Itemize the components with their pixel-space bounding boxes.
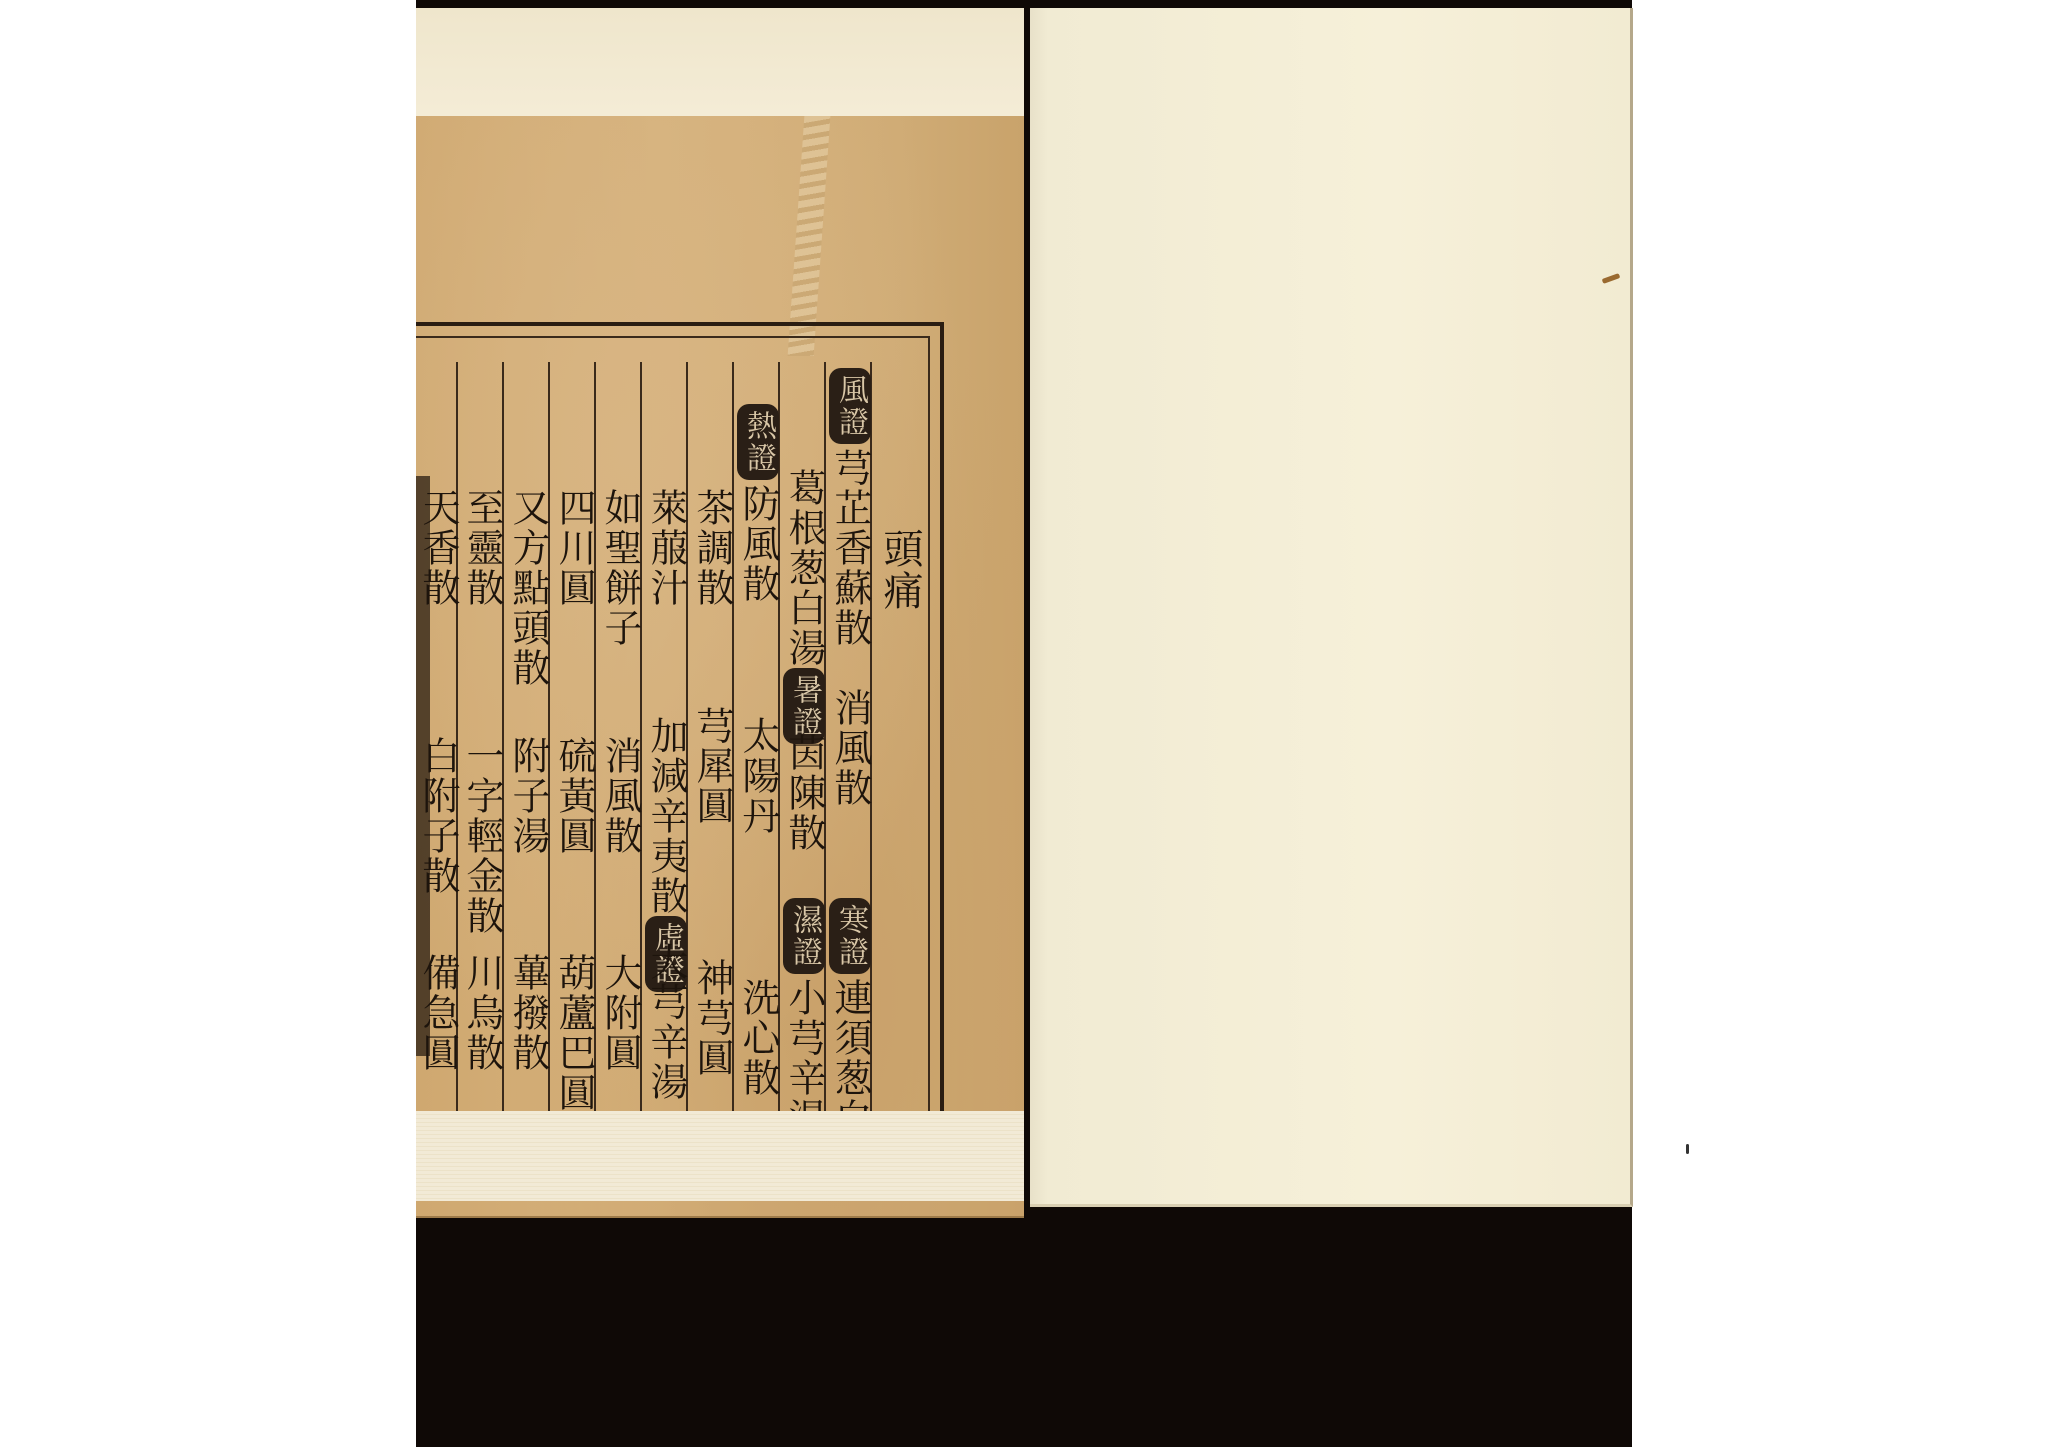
formula-name: 川烏散 xyxy=(460,953,504,1073)
formula-name: 天香散 xyxy=(416,488,460,608)
formula-name: 葫蘆巴圓 xyxy=(552,953,596,1113)
formula-name: 神芎圓 xyxy=(690,958,734,1078)
formula-name: 如聖餅子 xyxy=(598,488,642,648)
formula-name: 加減辛夷散 xyxy=(644,716,688,916)
formula-name: 一字輕金散 xyxy=(460,736,504,936)
formula-name: 附子湯 xyxy=(506,736,550,856)
book-scan: 頭痛 風證芎芷香蘇散 消風散 寒證連須葱白湯 xyxy=(416,0,1632,1447)
print-block-frame: 頭痛 風證芎芷香蘇散 消風散 寒證連須葱白湯 xyxy=(416,322,944,1159)
formula-name: 白附子散 xyxy=(416,736,460,896)
text-column: 如聖餅子 消風散 大附圓 xyxy=(598,338,642,1138)
formula-name: 太陽丹 xyxy=(736,716,780,836)
formula-name: 大附圓 xyxy=(598,953,642,1073)
left-leaf: 頭痛 風證芎芷香蘇散 消風散 寒證連須葱白湯 xyxy=(416,8,1024,1100)
printed-page: 頭痛 風證芎芷香蘇散 消風散 寒證連須葱白湯 xyxy=(416,116,1024,1218)
category-badge: 熱證 xyxy=(737,404,779,480)
category-badge: 寒證 xyxy=(829,898,871,974)
paper-crease xyxy=(788,116,831,356)
text-column: 葛根葱白湯暑證 茵陳散 濕證小芎辛湯 xyxy=(782,338,826,1138)
text-column: 風證芎芷香蘇散 消風散 寒證連須葱白湯 xyxy=(828,338,872,1138)
text-column: 萊菔汁 加減辛夷散虛證 大芎辛湯 xyxy=(644,338,688,1138)
formula-name: 四川圓 xyxy=(552,488,596,608)
formula-name: 芎芷香蘇散 xyxy=(828,448,872,648)
text-column: 四川圓 硫黃圓 葫蘆巴圓 xyxy=(552,338,596,1138)
formula-name: 消風散 xyxy=(828,688,872,808)
paper-speck xyxy=(1602,273,1621,284)
formula-name: 至靈散 xyxy=(460,488,504,608)
text-column: 又方點頭散 附子湯 蓽撥散 xyxy=(506,338,550,1138)
formula-name: 大芎辛湯 xyxy=(644,942,688,1102)
formula-name: 又方點頭散 xyxy=(506,488,550,688)
formula-name: 蓽撥散 xyxy=(506,953,550,1073)
formula-name: 消風散 xyxy=(598,736,642,856)
formula-name: 備急圓 xyxy=(416,953,460,1073)
formula-name: 芎犀圓 xyxy=(690,706,734,826)
heading-column: 頭痛 xyxy=(878,338,922,1138)
backing-paper-top xyxy=(416,8,1024,116)
formula-name: 葛根葱白湯 xyxy=(782,468,826,668)
section-heading: 頭痛 xyxy=(878,528,922,612)
formula-name: 茵陳散 xyxy=(782,733,826,853)
formula-name: 硫黃圓 xyxy=(552,736,596,856)
formula-name: 防風散 xyxy=(736,484,780,604)
text-column: 茶調散 芎犀圓 神芎圓 xyxy=(690,338,734,1138)
text-column: 天香散 白附子散 備急圓 xyxy=(416,338,460,1138)
print-block-inner-frame: 頭痛 風證芎芷香蘇散 消風散 寒證連須葱白湯 xyxy=(416,336,930,1146)
backing-paper-bottom xyxy=(416,1111,1024,1201)
paper-speck xyxy=(1686,1144,1689,1154)
category-badge: 風證 xyxy=(829,368,871,444)
text-column: 至靈散 一字輕金散 川烏散 xyxy=(460,338,504,1138)
text-column: 熱證防風散 太陽丹 洗心散 xyxy=(736,338,780,1138)
formula-name: 萊菔汁 xyxy=(644,488,688,608)
formula-name: 茶調散 xyxy=(690,488,734,608)
blank-right-leaf xyxy=(1030,8,1633,1207)
category-badge: 濕證 xyxy=(783,898,825,974)
formula-name: 洗心散 xyxy=(736,978,780,1098)
